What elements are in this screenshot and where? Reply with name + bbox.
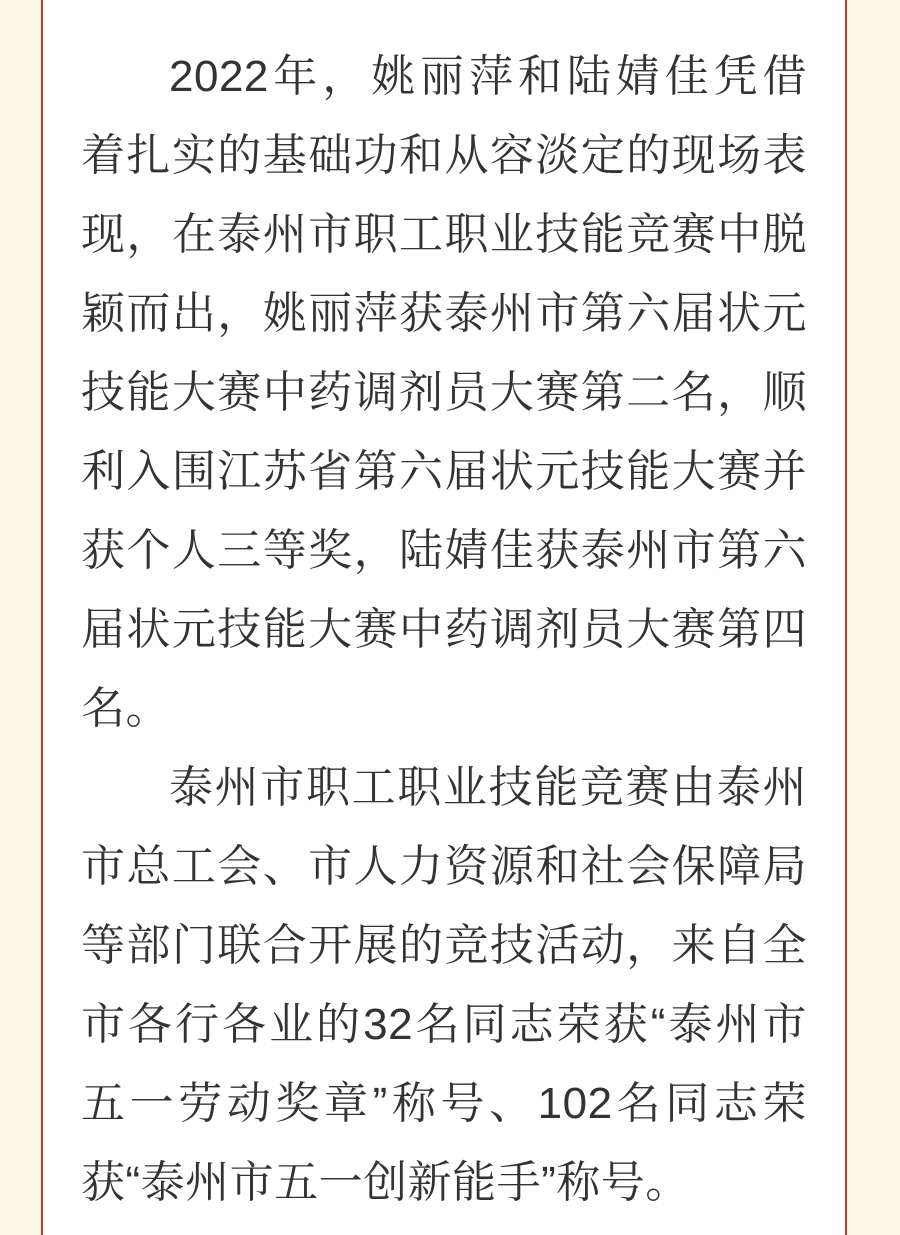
text-line: 等部门联合开展的竞技活动，来自全 [81, 906, 807, 985]
text-line: 获个人三等奖，陆婧佳获泰州市第六 [81, 511, 807, 590]
text-line: 五一劳动奖章”称号、102名同志荣 [81, 1064, 807, 1143]
text-line: 名。 [81, 669, 807, 748]
text-line: 技能大赛中药调剂员大赛第二名，顺 [81, 353, 807, 432]
text-line: 利入围江苏省第六届状元技能大赛并 [81, 432, 807, 511]
text-line: 市总工会、市人力资源和社会保障局 [81, 827, 807, 906]
text-line: 泰州市职工职业技能竞赛由泰州 [81, 748, 807, 827]
text-line: 2022年，姚丽萍和陆婧佳凭借 [81, 37, 807, 116]
paragraph: 2022年，姚丽萍和陆婧佳凭借着扎实的基础功和从容淡定的现场表现，在泰州市职工职… [81, 37, 807, 748]
text-line: 着扎实的基础功和从容淡定的现场表 [81, 116, 807, 195]
text-line: 颖而出，姚丽萍获泰州市第六届状元 [81, 274, 807, 353]
text-line: 获“泰州市五一创新能手”称号。 [81, 1143, 807, 1222]
text-line: 届状元技能大赛中药调剂员大赛第四 [81, 590, 807, 669]
paragraph: 泰州市职工职业技能竞赛由泰州市总工会、市人力资源和社会保障局等部门联合开展的竞技… [81, 748, 807, 1222]
text-line: 市各行各业的32名同志荣获“泰州市 [81, 985, 807, 1064]
text-line: 现，在泰州市职工职业技能竞赛中脱 [81, 195, 807, 274]
article-body: 2022年，姚丽萍和陆婧佳凭借着扎实的基础功和从容淡定的现场表现，在泰州市职工职… [43, 0, 845, 1222]
article-content-frame: 2022年，姚丽萍和陆婧佳凭借着扎实的基础功和从容淡定的现场表现，在泰州市职工职… [41, 0, 847, 1235]
